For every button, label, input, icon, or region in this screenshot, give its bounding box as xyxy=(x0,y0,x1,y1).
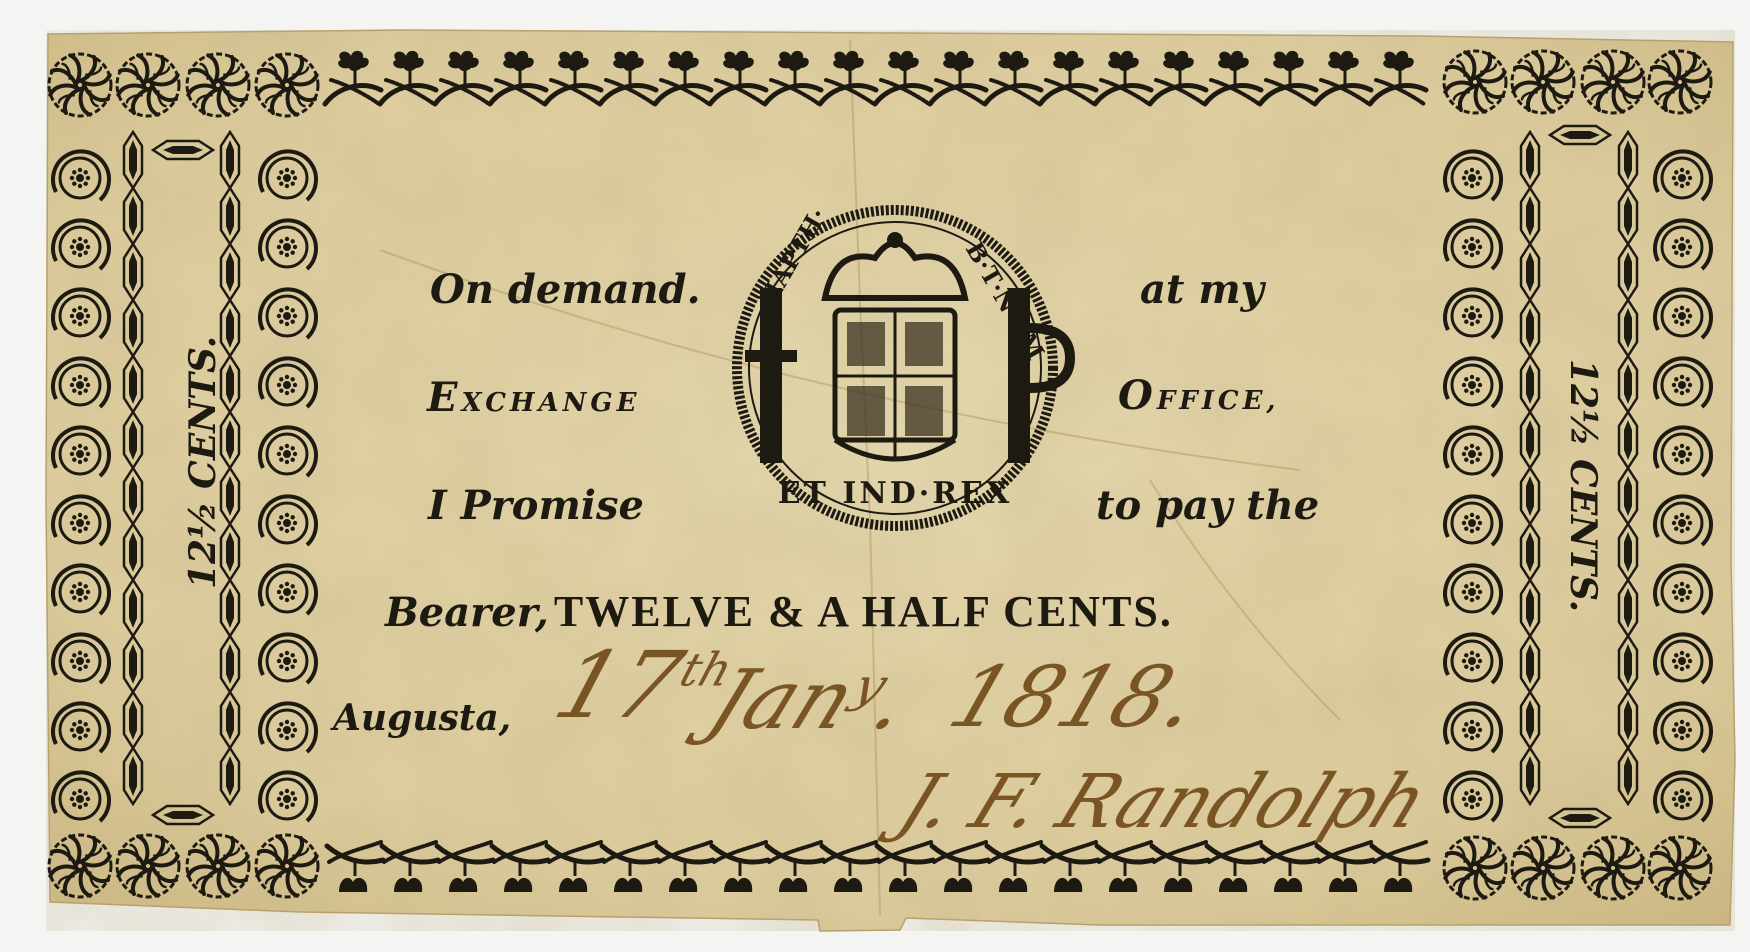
text-place: Augusta, xyxy=(333,700,511,736)
office-rest: FFICE, xyxy=(1157,386,1280,416)
banknote: ET IND·REX HAPTH· B·T·N·I·M On demand. a… xyxy=(0,0,1750,952)
text-office: OFFICE, xyxy=(1118,376,1280,416)
exchange-rest: XCHANGE xyxy=(462,388,641,418)
text-exchange: EXCHANGE xyxy=(427,378,640,418)
right-side-denomination: 12½ CENTS. xyxy=(1565,359,1601,589)
left-side-denomination: 12½ CENTS. xyxy=(185,359,221,589)
text-on-demand: On demand. xyxy=(430,270,701,310)
text-at-my: at my xyxy=(1140,270,1264,310)
handwritten-signature: J. F. Randolph xyxy=(890,765,1438,839)
banknote-artwork: ET IND·REX HAPTH· B·T·N·I·M xyxy=(0,0,1750,952)
handwritten-month: Janʸ. xyxy=(698,660,921,742)
office-initial: O xyxy=(1118,372,1157,419)
text-i-promise: I Promise xyxy=(428,486,644,526)
text-bearer-line: Bearer, TWELVE & A HALF CENTS. xyxy=(385,590,1173,634)
text-amount: TWELVE & A HALF CENTS. xyxy=(554,587,1173,636)
text-bearer: Bearer, xyxy=(385,589,549,636)
text-to-pay-the: to pay the xyxy=(1096,486,1319,526)
svg-text:ET IND·REX: ET IND·REX xyxy=(778,476,1013,511)
exchange-initial: E xyxy=(427,374,462,421)
handwritten-year: 1818. xyxy=(940,655,1211,739)
